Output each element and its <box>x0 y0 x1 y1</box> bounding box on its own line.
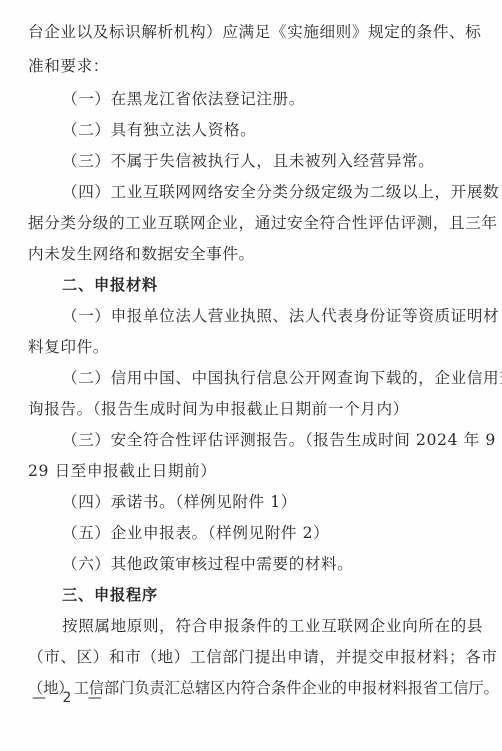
material-item-1-cont: 料复印件。 <box>28 337 464 357</box>
material-item-4: （四）承诺书。（样例见附件 1） <box>62 492 464 512</box>
requirement-item-2: （二）具有独立法人资格。 <box>62 120 464 140</box>
section-heading-procedure: 三、申报程序 <box>62 585 464 605</box>
material-item-6: （六）其他政策审核过程中需要的材料。 <box>62 554 464 574</box>
material-item-3: （三）安全符合性评估评测报告。（报告生成时间 2024 年 9 月 <box>62 430 464 450</box>
paragraph-line-1: 台企业以及标识解析机构）应满足《实施细则》规定的条件、标 <box>28 22 464 42</box>
section-heading-materials: 二、申报材料 <box>62 275 464 295</box>
requirement-item-3: （三）不属于失信被执行人，且未被列入经营异常。 <box>62 151 464 171</box>
material-item-2-cont: 询报告。（报告生成时间为申报截止日期前一个月内） <box>28 399 464 419</box>
paragraph-line-2: 准和要求： <box>28 56 464 76</box>
requirement-item-1: （一）在黑龙江省依法登记注册。 <box>62 89 464 109</box>
material-item-3-cont: 29 日至申报截止日期前） <box>28 461 464 481</box>
material-item-5: （五）企业申报表。（样例见附件 2） <box>62 523 464 543</box>
material-item-2: （二）信用中国、中国执行信息公开网查询下载的，企业信用查 <box>62 368 464 388</box>
requirement-item-4: （四）工业互联网网络安全分类分级定级为二级以上，开展数 <box>62 182 464 202</box>
requirement-item-4-cont-1: 据分类分级的工业互联网企业，通过安全符合性评估评测，且三年 <box>28 213 464 233</box>
procedure-paragraph-line-2: （市、区）和市（地）工信部门提出申请，并提交申报材料；各市 <box>28 647 464 667</box>
page-number: — 2 — <box>32 690 108 706</box>
requirement-item-4-cont-2: 内未发生网络和数据安全事件。 <box>28 244 464 264</box>
material-item-1: （一）申报单位法人营业执照、法人代表身份证等资质证明材 <box>62 306 464 326</box>
procedure-paragraph-line-1: 按照属地原则，符合申报条件的工业互联网企业向所在的县 <box>62 616 464 636</box>
document-page: 台企业以及标识解析机构）应满足《实施细则》规定的条件、标 准和要求： （一）在黑… <box>0 0 502 751</box>
